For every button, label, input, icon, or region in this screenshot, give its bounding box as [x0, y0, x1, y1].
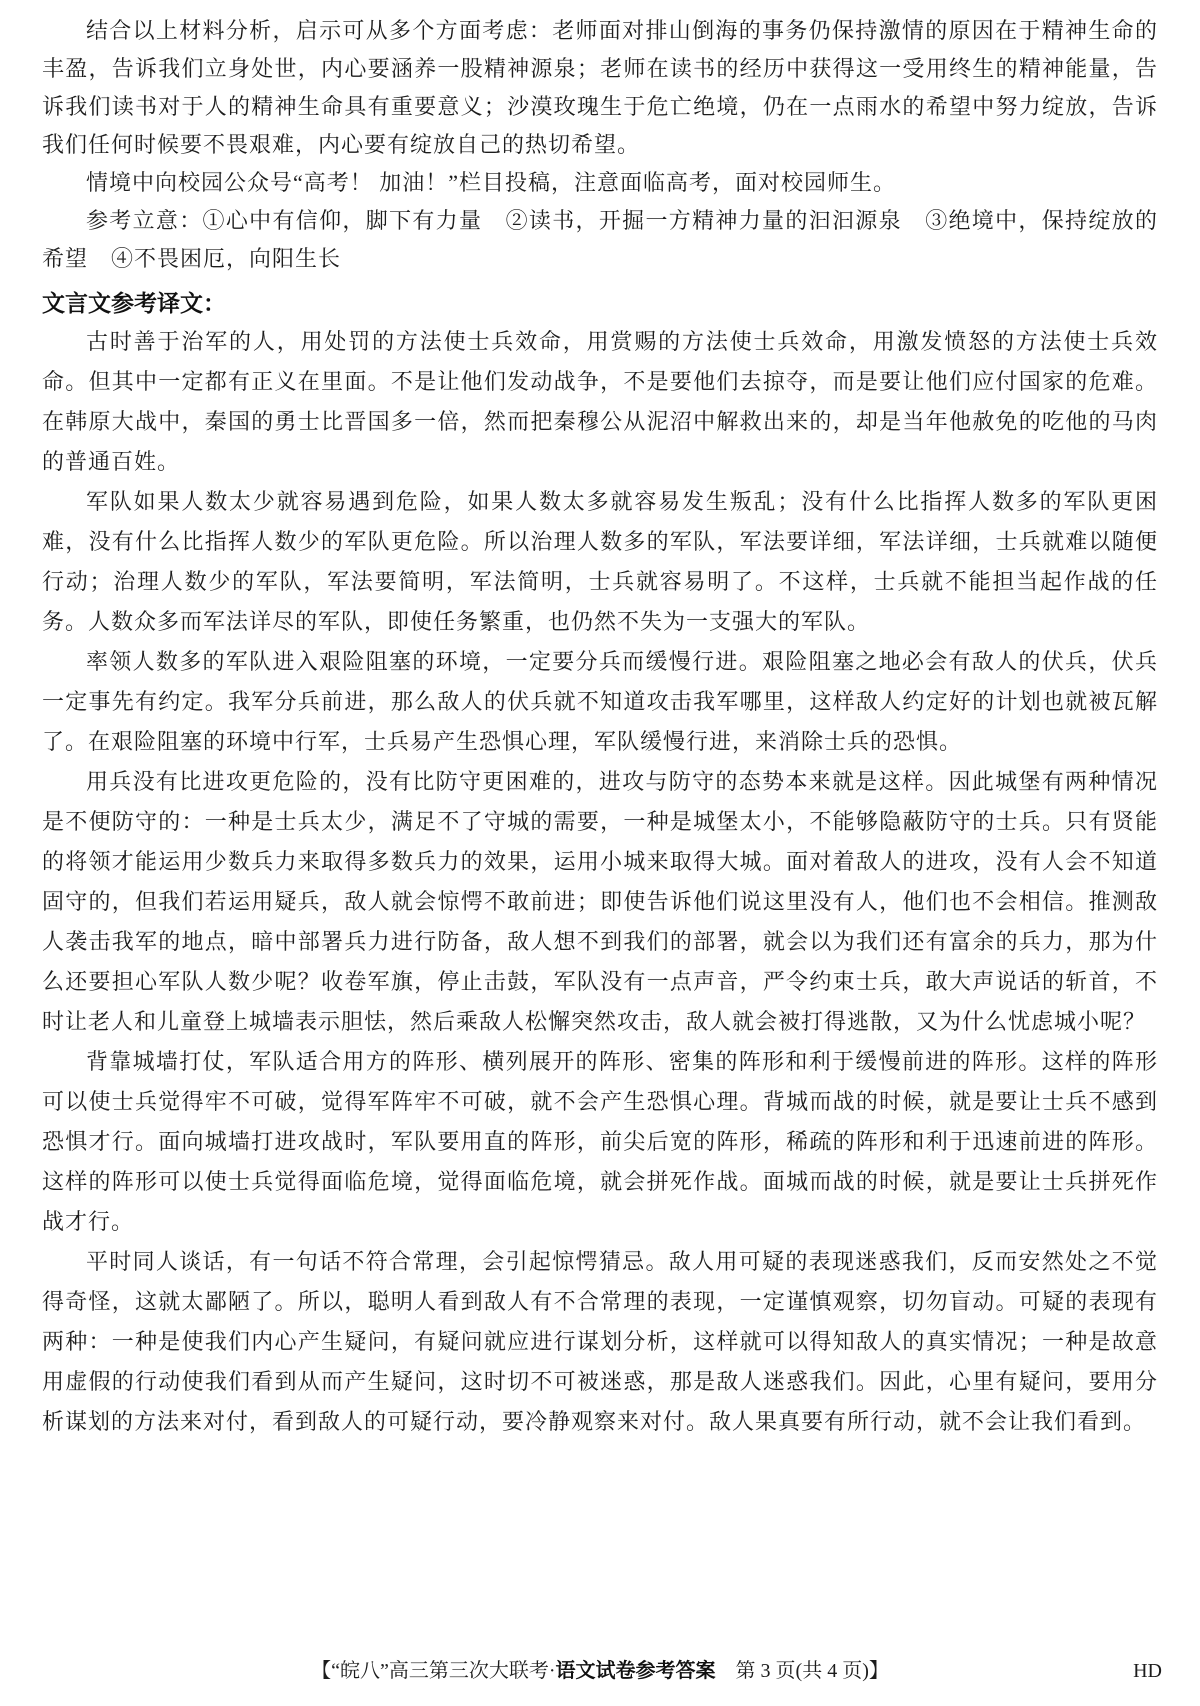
translation-paragraph-1: 古时善于治军的人，用处罚的方法使士兵效命，用赏赐的方法使士兵效命，用激发愤怒的方…	[42, 322, 1158, 482]
footer-exam-title: 【“皖八”高三第三次大联考·	[311, 1660, 555, 1682]
translation-paragraph-5: 背靠城墙打仗，军队适合用方的阵形、横列展开的阵形、密集的阵形和利于缓慢前进的阵形…	[42, 1042, 1158, 1242]
footer-page-number: 第 3 页(共 4 页)】	[716, 1660, 889, 1682]
intro-paragraph-reference-themes: 参考立意：①心中有信仰，脚下有力量 ②读书，开掘一方精神力量的汩汩源泉 ③绝境中…	[42, 202, 1158, 278]
page-footer: 【“皖八”高三第三次大联考·语文试卷参考答案 第 3 页(共 4 页)】 HD	[0, 1658, 1200, 1684]
document-content: 结合以上材料分析，启示可从多个方面考虑：老师面对排山倒海的事务仍保持激情的原因在…	[42, 12, 1158, 1442]
classical-translation-block: 古时善于治军的人，用处罚的方法使士兵效命，用赏赐的方法使士兵效命，用激发愤怒的方…	[42, 322, 1158, 1442]
translation-paragraph-6: 平时同人谈话，有一句话不符合常理，会引起惊愕猜忌。敌人用可疑的表现迷惑我们，反而…	[42, 1242, 1158, 1442]
translation-paragraph-3: 率领人数多的军队进入艰险阻塞的环境，一定要分兵而缓慢行进。艰险阻塞之地必会有敌人…	[42, 642, 1158, 762]
intro-paragraph-context: 情境中向校园公众号“高考！ 加油！”栏目投稿，注意面临高考，面对校园师生。	[42, 164, 1158, 202]
footer-press-code: HD	[1133, 1658, 1162, 1684]
essay-guidance-block: 结合以上材料分析，启示可从多个方面考虑：老师面对排山倒海的事务仍保持激情的原因在…	[42, 12, 1158, 278]
translation-paragraph-2: 军队如果人数太少就容易遇到危险，如果人数太多就容易发生叛乱；没有什么比指挥人数多…	[42, 482, 1158, 642]
translation-section-title: 文言文参考译文：	[42, 284, 1158, 322]
footer-answer-title: 语文试卷参考答案	[556, 1660, 716, 1682]
translation-paragraph-4: 用兵没有比进攻更危险的，没有比防守更困难的，进攻与防守的态势本来就是这样。因此城…	[42, 762, 1158, 1042]
intro-paragraph-insights: 结合以上材料分析，启示可从多个方面考虑：老师面对排山倒海的事务仍保持激情的原因在…	[42, 12, 1158, 164]
